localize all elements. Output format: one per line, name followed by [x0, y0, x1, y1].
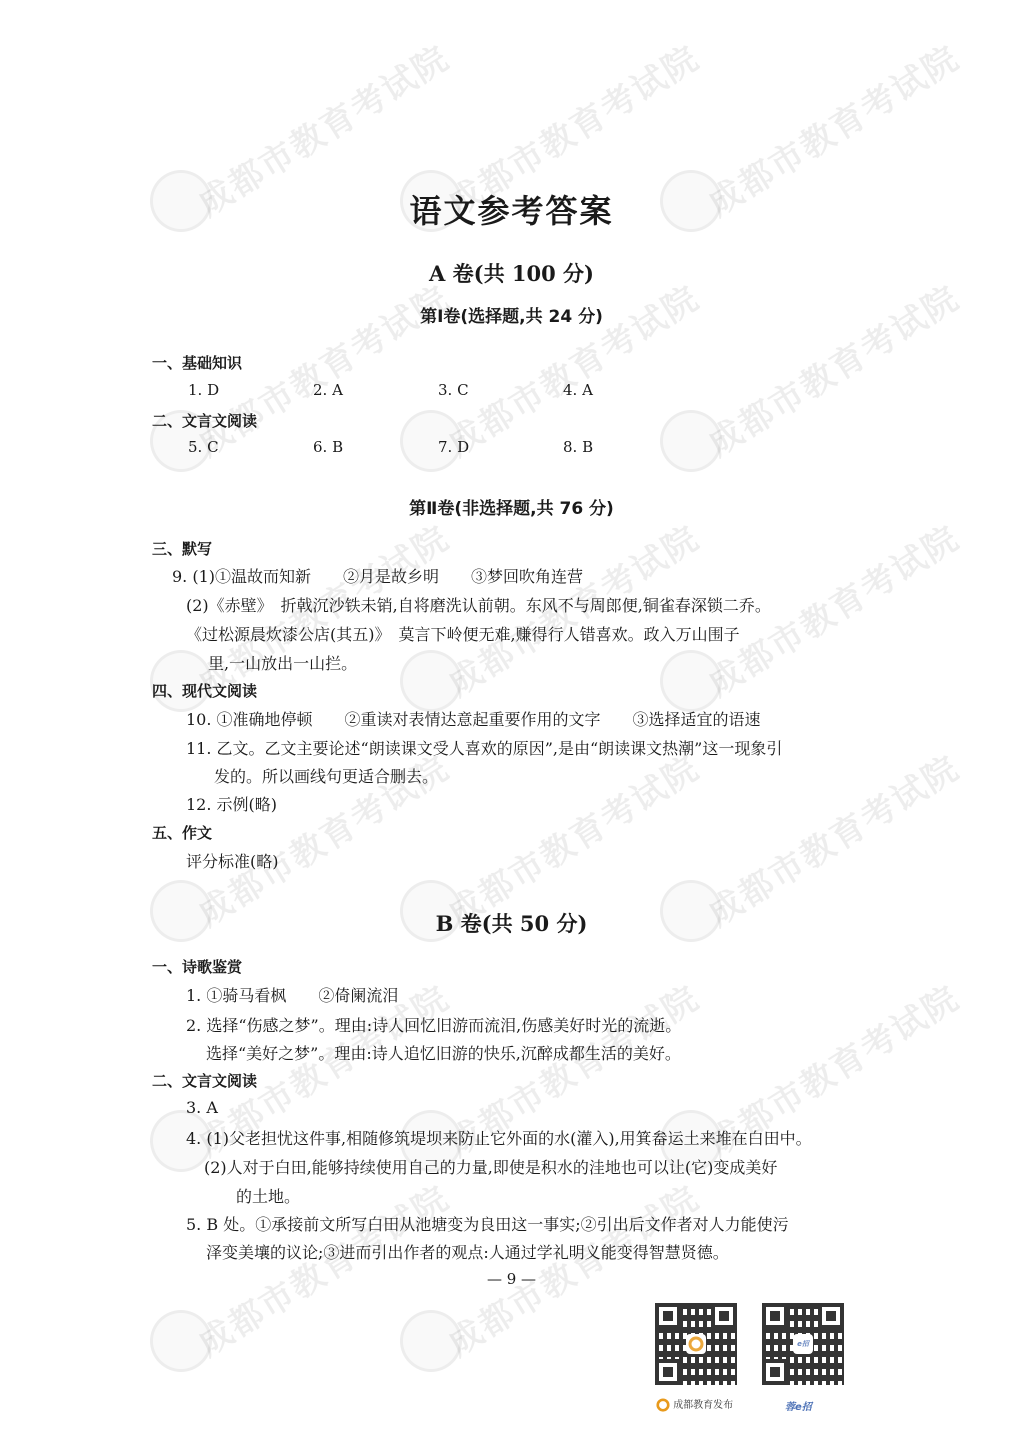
answer-9-1: 9. (1)①温故而知新 ②月是故乡明 ③梦回吹角连营 — [172, 564, 583, 587]
qr-code-rongezhao[interactable]: e招 — [762, 1303, 844, 1385]
rongezhao-logo-icon: e招 — [793, 1334, 813, 1354]
answer-7: 7. D — [438, 438, 469, 456]
section-essay-title: 五、作文 — [152, 822, 212, 843]
section-poetry-title: 一、诗歌鉴赏 — [152, 956, 242, 977]
section-dictation-title: 三、默写 — [152, 538, 212, 559]
answer-3: 3. C — [438, 381, 469, 399]
b-answer-4-1: 4. (1)父老担忧这件事,相随修筑堤坝来防止它外面的水(灌入),用箕畚运土来堆… — [186, 1126, 812, 1149]
answer-2: 2. A — [313, 381, 343, 399]
qr-label-rongezhao: 蓉e招 — [785, 1398, 812, 1413]
answer-1: 1. D — [188, 381, 219, 399]
answer-9-2c: 里,一山放出一山拦。 — [208, 651, 357, 674]
section-modern-reading-title: 四、现代文阅读 — [152, 680, 257, 701]
b-answer-5a: 5. B 处。①承接前文所写白田从池塘变为良田这一事实;②引出后文作者对人力能使… — [186, 1212, 789, 1235]
answer-9-2b: 《过松源晨炊漆公店(其五)》 莫言下岭便无难,赚得行人错喜欢。政入万山围子 — [186, 622, 740, 645]
answer-12: 12. 示例(略) — [186, 792, 277, 815]
part-a-heading: A 卷(共 100 分) — [0, 258, 1023, 288]
qr-label-chengdu-education: 成都教育发布 — [656, 1396, 733, 1412]
section-classical-reading-title: 二、文言文阅读 — [152, 410, 257, 431]
b-answer-4-2a: (2)人对于白田,能够持续使用自己的力量,即使是积水的洼地也可以让(它)变成美好 — [204, 1155, 777, 1178]
b-answer-2a: 2. 选择“伤感之梦”。理由:诗人回忆旧游而流泪,伤感美好时光的流逝。 — [186, 1013, 681, 1036]
answer-10: 10. ①准确地停顿 ②重读对表情达意起重要作用的文字 ③选择适宜的语速 — [186, 707, 761, 730]
essay-criteria: 评分标准(略) — [186, 849, 279, 872]
page-number: — 9 — — [0, 1270, 1023, 1288]
b-answer-4-2b: 的土地。 — [236, 1184, 300, 1207]
qr-code-chengdu-education[interactable] — [655, 1303, 737, 1385]
b-answer-5b: 泽变美壤的议论;③进而引出作者的观点:人通过学礼明义能变得智慧贤德。 — [206, 1240, 729, 1263]
answer-8: 8. B — [563, 438, 593, 456]
b-answer-3: 3. A — [186, 1098, 218, 1117]
volume1-heading: 第Ⅰ卷(选择题,共 24 分) — [0, 302, 1023, 327]
volume2-heading: 第Ⅱ卷(非选择题,共 76 分) — [0, 494, 1023, 519]
chengdu-education-logo-icon — [656, 1398, 670, 1412]
document-page: 语文参考答案 A 卷(共 100 分) 第Ⅰ卷(选择题,共 24 分) 一、基础… — [0, 0, 1023, 1447]
document-title: 语文参考答案 — [0, 186, 1023, 232]
answer-9-2a: (2)《赤壁》 折戟沉沙铁未销,自将磨洗认前朝。东风不与周郎便,铜雀春深锁二乔。 — [186, 593, 771, 616]
answer-5: 5. C — [188, 438, 219, 456]
b-answer-2b: 选择“美好之梦”。理由:诗人追忆旧游的快乐,沉醉成都生活的美好。 — [206, 1041, 681, 1064]
answer-11a: 11. 乙文。乙文主要论述“朗读课文受人喜欢的原因”,是由“朗读课文热潮”这一现… — [186, 736, 782, 759]
section-b-classical-title: 二、文言文阅读 — [152, 1070, 257, 1091]
chengdu-education-logo-icon — [686, 1334, 706, 1354]
b-answer-1: 1. ①骑马看枫 ②倚阑流泪 — [186, 983, 398, 1006]
answer-11b: 发的。所以画线句更适合删去。 — [214, 764, 438, 787]
part-b-heading: B 卷(共 50 分) — [0, 908, 1023, 938]
answer-4: 4. A — [563, 381, 593, 399]
answer-6: 6. B — [313, 438, 343, 456]
section-basic-knowledge-title: 一、基础知识 — [152, 352, 242, 373]
